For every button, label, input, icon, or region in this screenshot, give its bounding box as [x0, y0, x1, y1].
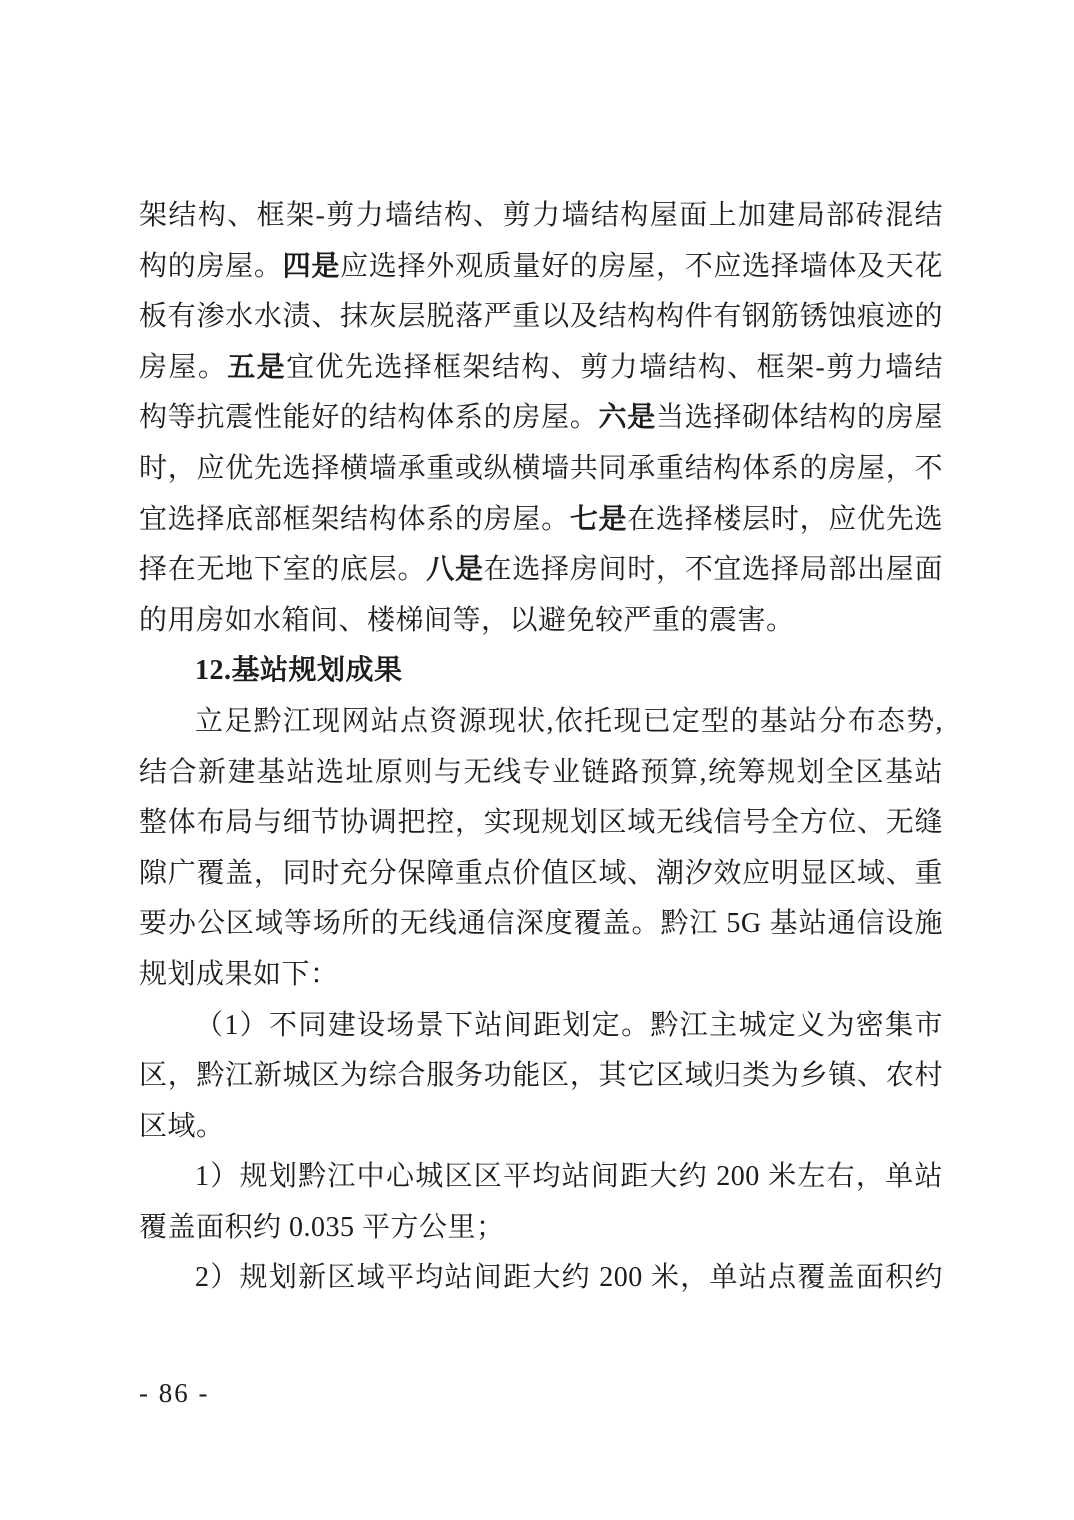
text-run: 规划成果如下：	[139, 959, 339, 990]
text-line: 房屋。五是宜优先选择框架结构、剪力墙结构、框架-剪力墙结	[139, 343, 943, 394]
document-page: 架结构、框架-剪力墙结构、剪力墙结构屋面上加建局部砖混结构的房屋。四是应选择外观…	[0, 0, 1074, 1520]
text-run: 结合新建基站选址原则与无线专业链路预算,统筹规划全区基站	[139, 757, 943, 788]
text-line: 构的房屋。四是应选择外观质量好的房屋，不应选择墙体及天花	[139, 242, 943, 293]
text-run: 的用房如水箱间、楼梯间等，以避免较严重的震害。	[139, 605, 795, 636]
bold-run: 八是	[426, 554, 483, 585]
text-line: 区，黔江新城区为综合服务功能区，其它区域归类为乡镇、农村	[139, 1051, 943, 1102]
document-body: 架结构、框架-剪力墙结构、剪力墙结构屋面上加建局部砖混结构的房屋。四是应选择外观…	[139, 191, 943, 1304]
bold-run: 六是	[599, 402, 656, 433]
text-run: 1）规划黔江中心城区区平均站间距大约 200 米左右，单站	[195, 1161, 943, 1192]
text-line: 区域。	[139, 1102, 943, 1153]
text-run: 区，黔江新城区为综合服务功能区，其它区域归类为乡镇、农村	[139, 1060, 943, 1091]
page-number: - 86 -	[139, 1378, 209, 1409]
text-line: 覆盖面积约 0.035 平方公里；	[139, 1203, 943, 1254]
text-run: 板有渗水水渍、抹灰层脱落严重以及结构构件有钢筋锈蚀痕迹的	[139, 301, 943, 332]
text-line: 构等抗震性能好的结构体系的房屋。六是当选择砌体结构的房屋	[139, 393, 943, 444]
text-run: 隙广覆盖，同时充分保障重点价值区域、潮汐效应明显区域、重	[139, 858, 943, 889]
text-run: 架结构、框架-剪力墙结构、剪力墙结构屋面上加建局部砖混结	[139, 200, 943, 231]
text-run: 覆盖面积约 0.035 平方公里；	[139, 1212, 505, 1243]
text-run: 择在无地下室的底层。	[139, 554, 426, 585]
text-run: 2）规划新区域平均站间距大约 200 米，单站点覆盖面积约	[195, 1262, 943, 1293]
text-line: 宜选择底部框架结构体系的房屋。七是在选择楼层时，应优先选	[139, 495, 943, 546]
text-run: （1）不同建设场景下站间距划定。黔江主城定义为密集市	[195, 1010, 943, 1041]
text-run: 立足黔江现网站点资源现状,依托现已定型的基站分布态势,	[195, 706, 943, 737]
text-line: 的用房如水箱间、楼梯间等，以避免较严重的震害。	[139, 596, 943, 647]
text-run: 区域。	[139, 1111, 225, 1142]
text-line: 整体布局与细节协调把控，实现规划区域无线信号全方位、无缝	[139, 798, 943, 849]
text-run: 构等抗震性能好的结构体系的房屋。	[139, 402, 599, 433]
text-line: 1）规划黔江中心城区区平均站间距大约 200 米左右，单站	[139, 1152, 943, 1203]
text-line: 结合新建基站选址原则与无线专业链路预算,统筹规划全区基站	[139, 748, 943, 799]
text-run: 整体布局与细节协调把控，实现规划区域无线信号全方位、无缝	[139, 807, 943, 838]
text-line: 时，应优先选择横墙承重或纵横墙共同承重结构体系的房屋，不	[139, 444, 943, 495]
text-run: 宜选择底部框架结构体系的房屋。	[139, 504, 570, 535]
text-run: 房屋。	[139, 352, 227, 383]
section-heading: 12.基站规划成果	[139, 646, 943, 697]
text-run: 要办公区域等场所的无线通信深度覆盖。黔江 5G 基站通信设施	[139, 908, 943, 939]
text-line: （1）不同建设场景下站间距划定。黔江主城定义为密集市	[139, 1001, 943, 1052]
bold-run: 七是	[570, 504, 627, 535]
text-line: 架结构、框架-剪力墙结构、剪力墙结构屋面上加建局部砖混结	[139, 191, 943, 242]
text-line: 隙广覆盖，同时充分保障重点价值区域、潮汐效应明显区域、重	[139, 849, 943, 900]
text-line: 2）规划新区域平均站间距大约 200 米，单站点覆盖面积约	[139, 1253, 943, 1304]
text-line: 立足黔江现网站点资源现状,依托现已定型的基站分布态势,	[139, 697, 943, 748]
text-run: 在选择楼层时，应优先选	[627, 504, 943, 535]
text-line: 板有渗水水渍、抹灰层脱落严重以及结构构件有钢筋锈蚀痕迹的	[139, 292, 943, 343]
text-line: 规划成果如下：	[139, 950, 943, 1001]
text-run: 构的房屋。	[139, 251, 283, 282]
text-run: 应选择外观质量好的房屋，不应选择墙体及天花	[340, 251, 943, 282]
text-run: 当选择砌体结构的房屋	[656, 402, 943, 433]
text-line: 要办公区域等场所的无线通信深度覆盖。黔江 5G 基站通信设施	[139, 899, 943, 950]
bold-run: 四是	[283, 251, 340, 282]
text-run: 时，应优先选择横墙承重或纵横墙共同承重结构体系的房屋，不	[139, 453, 943, 484]
bold-run: 五是	[227, 352, 286, 383]
text-run: 在选择房间时，不宜选择局部出屋面	[484, 554, 943, 585]
text-line: 择在无地下室的底层。八是在选择房间时，不宜选择局部出屋面	[139, 545, 943, 596]
bold-run: 12.基站规划成果	[195, 655, 403, 686]
text-run: 宜优先选择框架结构、剪力墙结构、框架-剪力墙结	[286, 352, 943, 383]
